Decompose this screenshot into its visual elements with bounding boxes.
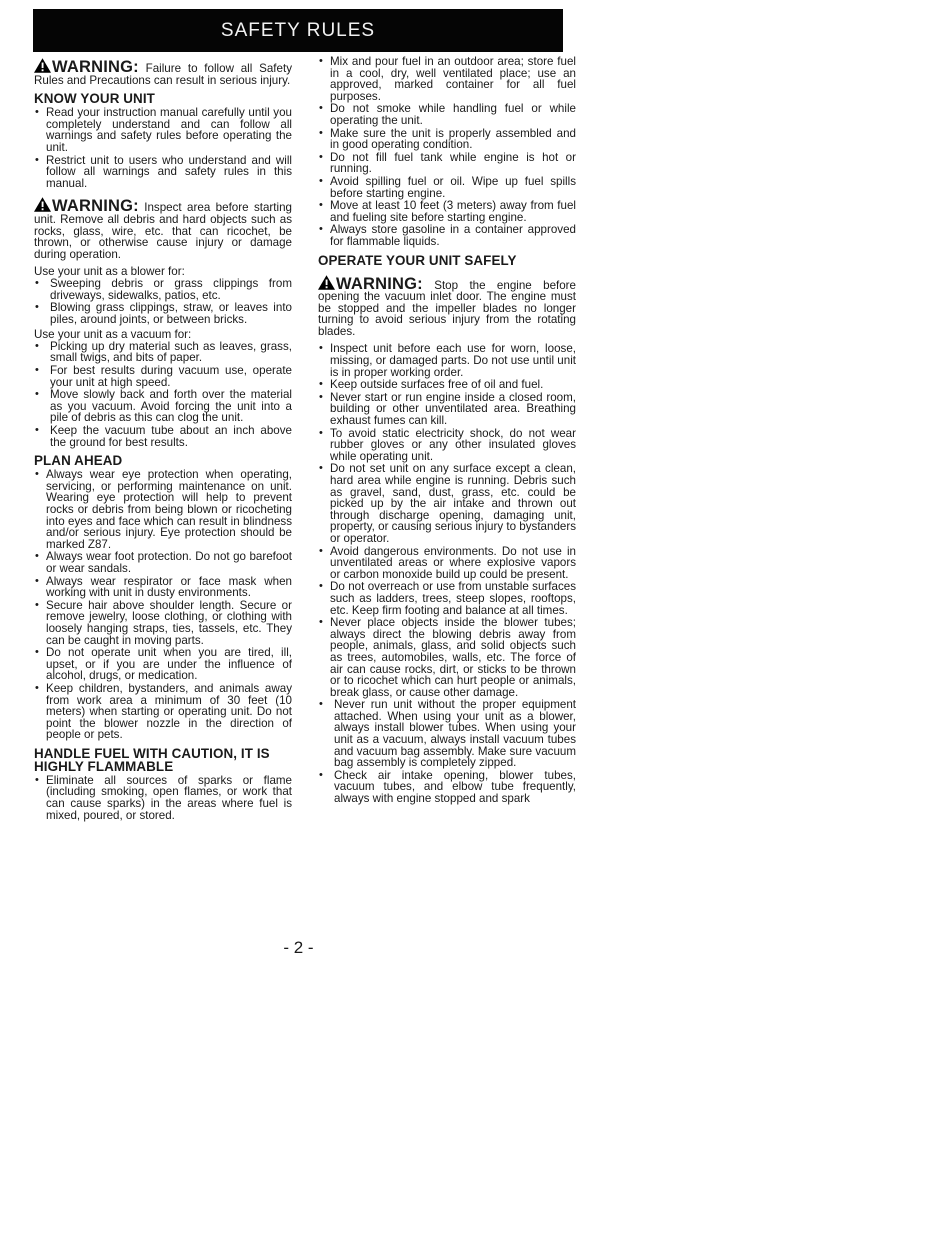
list-item: Keep children, bystanders, and animals a…	[34, 683, 292, 741]
list-item: Do not smoke while handling fuel or whil…	[318, 103, 576, 126]
section-title-bar: SAFETY RULES	[33, 9, 563, 52]
list-item: Do not overreach or use from unstable su…	[318, 581, 576, 616]
list-item: Read your instruction manual carefully u…	[34, 107, 292, 153]
list-item: Keep outside surfaces free of oil and fu…	[318, 379, 576, 391]
warning-block: WARNING: Stop the engine before opening …	[318, 275, 576, 338]
list-item: Never start or run engine inside a close…	[318, 392, 576, 427]
list-item: For best results during vacuum use, oper…	[34, 365, 292, 388]
list-item: Do not set unit on any surface except a …	[318, 463, 576, 544]
operate-safely-list-continued: Never run unit without the proper equipm…	[318, 699, 576, 804]
list-item: Keep the vacuum tube about an inch above…	[34, 425, 292, 448]
blower-use-list: Sweeping debris or grass clippings from …	[34, 278, 292, 325]
plan-ahead-list: Always wear eye protection when operatin…	[34, 469, 292, 741]
list-item: Avoid dangerous environments. Do not use…	[318, 546, 576, 581]
heading-know-your-unit: KNOW YOUR UNIT	[34, 92, 292, 105]
list-item: Always wear respirator or face mask when…	[34, 576, 292, 599]
list-item: Check air intake opening, blower tubes, …	[318, 770, 576, 805]
list-item: Make sure the unit is properly assembled…	[318, 128, 576, 151]
warning-block: WARNING: Inspect area before starting un…	[34, 197, 292, 260]
warning-triangle-icon	[318, 275, 335, 290]
list-item: Never run unit without the proper equipm…	[318, 699, 576, 769]
list-item: Blowing grass clippings, straw, or leave…	[34, 302, 292, 325]
know-your-unit-list: Read your instruction manual carefully u…	[34, 107, 292, 189]
list-item: Always wear eye protection when operatin…	[34, 469, 292, 550]
list-item: Restrict unit to users who understand an…	[34, 155, 292, 190]
list-item: Eliminate all sources of sparks or flame…	[34, 775, 292, 821]
list-item: Move slowly back and forth over the mate…	[34, 389, 292, 424]
list-item: Do not fill fuel tank while engine is ho…	[318, 152, 576, 175]
list-item: Move at least 10 feet (3 meters) away fr…	[318, 200, 576, 223]
right-column: Mix and pour fuel in an outdoor area; st…	[318, 56, 576, 806]
list-item: Picking up dry material such as leaves, …	[34, 341, 292, 364]
heading-handle-fuel: HANDLE FUEL WITH CAUTION, IT IS HIGHLY F…	[34, 747, 292, 773]
page-number: - 2 -	[0, 938, 597, 958]
warning-triangle-icon	[34, 197, 51, 212]
warning-block: WARNING: Failure to follow all Safety Ru…	[34, 58, 292, 86]
list-item: Always store gasoline in a container app…	[318, 224, 576, 247]
list-item: To avoid static electricity shock, do no…	[318, 428, 576, 463]
list-item: Always wear foot protection. Do not go b…	[34, 551, 292, 574]
list-item: Secure hair above shoulder length. Secur…	[34, 600, 292, 646]
list-item: Sweeping debris or grass clippings from …	[34, 278, 292, 301]
list-item: Do not operate unit when you are tired, …	[34, 647, 292, 682]
warning-triangle-icon	[34, 58, 51, 73]
heading-operate-safely: OPERATE YOUR UNIT SAFELY	[318, 254, 576, 267]
page-title: SAFETY RULES	[221, 20, 375, 42]
operate-safely-list: Inspect unit before each use for worn, l…	[318, 343, 576, 698]
list-item: Mix and pour fuel in an outdoor area; st…	[318, 56, 576, 102]
fuel-safety-list: Mix and pour fuel in an outdoor area; st…	[318, 56, 576, 248]
vacuum-use-list: Picking up dry material such as leaves, …	[34, 341, 292, 448]
list-item: Avoid spilling fuel or oil. Wipe up fuel…	[318, 176, 576, 199]
list-item: Never place objects inside the blower tu…	[318, 617, 576, 698]
left-column: WARNING: Failure to follow all Safety Ru…	[34, 56, 292, 822]
handle-fuel-list: Eliminate all sources of sparks or flame…	[34, 775, 292, 821]
list-item: Inspect unit before each use for worn, l…	[318, 343, 576, 378]
heading-plan-ahead: PLAN AHEAD	[34, 454, 292, 467]
